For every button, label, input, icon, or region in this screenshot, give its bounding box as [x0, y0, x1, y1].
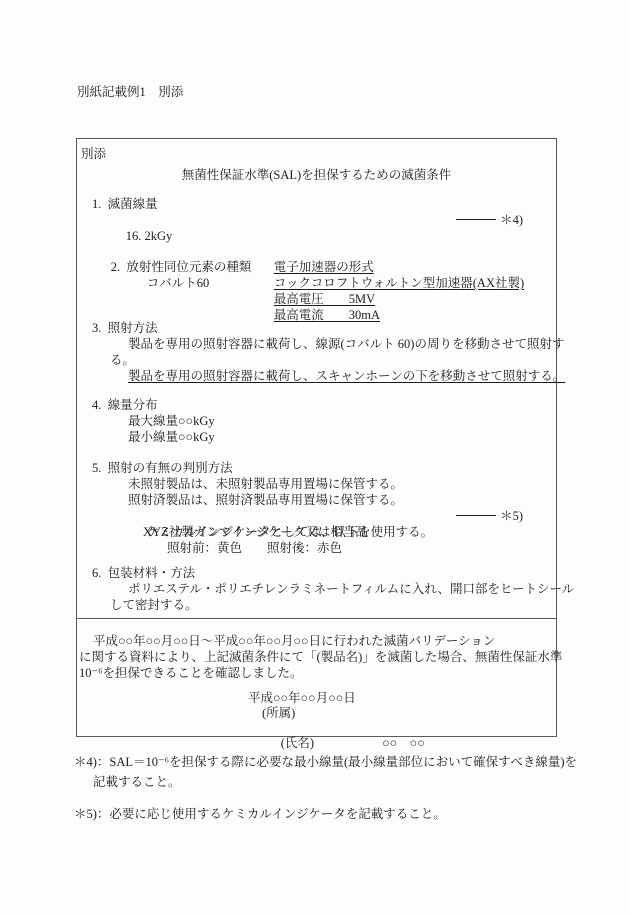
- attachment-tag: 別添: [77, 146, 556, 162]
- footnote-5: ＊5)：必要に応じ使用するケミカルインジケータを記載すること。: [74, 806, 577, 822]
- ref-line-icon: [456, 515, 496, 516]
- footnote-4-line2: 記載すること。: [74, 774, 577, 790]
- irradiation-method-line3: 製品を専用の照射容器に載荷し、スキャンホーンの下を移動させて照射する。: [77, 368, 556, 384]
- ref-marker-5: ＊5): [456, 508, 523, 524]
- name-line: (氏名)○○ ○○: [77, 721, 556, 736]
- ref-marker-4-label: ＊4): [500, 213, 523, 227]
- chemical-indicator-row: ケミカルインジケータとしては、以下を使用する。 ＊5): [77, 508, 556, 524]
- document-page: 別紙記載例1 別添 別添 無菌性保証水準(SAL)を担保するための滅菌条件 1.…: [0, 0, 630, 916]
- irradiation-method-line2: る。: [77, 352, 556, 368]
- max-voltage: 最高電圧 5MV: [274, 292, 375, 306]
- section6-heading: 6. 包装材料・方法: [77, 565, 556, 581]
- irradiated-storage-line: 照射済製品は、照射済製品専用置場に保管する。: [77, 492, 556, 508]
- sterilization-dose-value: 16. 2kGy: [96, 228, 173, 244]
- ref-marker-4: ＊4): [456, 212, 523, 228]
- section-divider: [77, 618, 556, 619]
- section5-heading: 5. 照射の有無の判別方法: [77, 460, 556, 476]
- packaging-line1: ポリエステル・ポリエチレンラミネートフィルムに入れ、開口部をヒートシール: [77, 581, 556, 597]
- section1-heading: 1. 滅菌線量: [77, 196, 556, 212]
- min-dose-line: 最小線量○○kGy: [77, 429, 556, 445]
- footnotes: ＊4)：SAL＝10⁻⁶を担保する際に必要な最小線量(最小線量部位において確保す…: [74, 754, 577, 822]
- accelerator-type-heading: 電子加速器の形式: [274, 260, 374, 274]
- section1-value-row: 16. 2kGy ＊4): [77, 212, 556, 228]
- section2-row1: 2. 放射性同位元素の種類電子加速器の形式: [77, 243, 556, 259]
- irradiation-method-underlined: 製品を専用の照射容器に載荷し、スキャンホーンの下を移動させて照射する。: [128, 369, 565, 383]
- packaging-line2: して密封する。: [77, 597, 556, 613]
- irradiation-method-line1: 製品を専用の照射容器に載荷し、線源(コバルト 60)の周りを移動させて照射す: [77, 336, 556, 352]
- confirmation-date: 平成○○年○○月○○日: [77, 691, 556, 706]
- ref-line-icon: [456, 219, 496, 220]
- isotope-value: コバルト60: [96, 275, 274, 291]
- confirmation-line2: に関する資料により、上記滅菌条件にて「(製品名)」を滅菌した場合、無菌性保証水準: [77, 649, 556, 665]
- footnote-4-line1: ＊4)：SAL＝10⁻⁶を担保する際に必要な最小線量(最小線量部位において確保す…: [74, 754, 577, 770]
- ref-marker-5-label: ＊5): [500, 509, 523, 523]
- chemical-indicator-line: ケミカルインジケータとしては、以下を使用する。: [96, 524, 433, 540]
- sheet-example-label: 別紙記載例1 別添: [77, 82, 183, 100]
- indicator-colors-line: 照射前：黄色 照射後：赤色: [77, 540, 556, 556]
- max-current: 最高電流 30mA: [274, 308, 380, 322]
- name-label: (氏名): [281, 736, 314, 750]
- confirmation-line3: 10⁻⁶を担保できることを確認しました。: [77, 665, 556, 681]
- attachment-box: 別添 無菌性保証水準(SAL)を担保するための滅菌条件 1. 滅菌線量 16. …: [76, 138, 557, 737]
- unirradiated-storage-line: 未照射製品は、未照射製品専用置場に保管する。: [77, 476, 556, 492]
- accelerator-model: コックコロフトウォルトン型加速器(AX社製): [274, 276, 524, 290]
- max-dose-line: 最大線量○○kGy: [77, 413, 556, 429]
- document-title: 無菌性保証水準(SAL)を担保するための滅菌条件: [77, 167, 556, 183]
- affiliation-line: (所属): [77, 706, 556, 721]
- section4-heading: 4. 線量分布: [77, 397, 556, 413]
- confirmation-line1: 平成○○年○○月○○日～平成○○年○○月○○日に行われた滅菌バリデーション: [77, 633, 556, 649]
- section2-heading: 2. 放射性同位元素の種類: [96, 259, 274, 275]
- name-value: ○○ ○○: [382, 736, 425, 751]
